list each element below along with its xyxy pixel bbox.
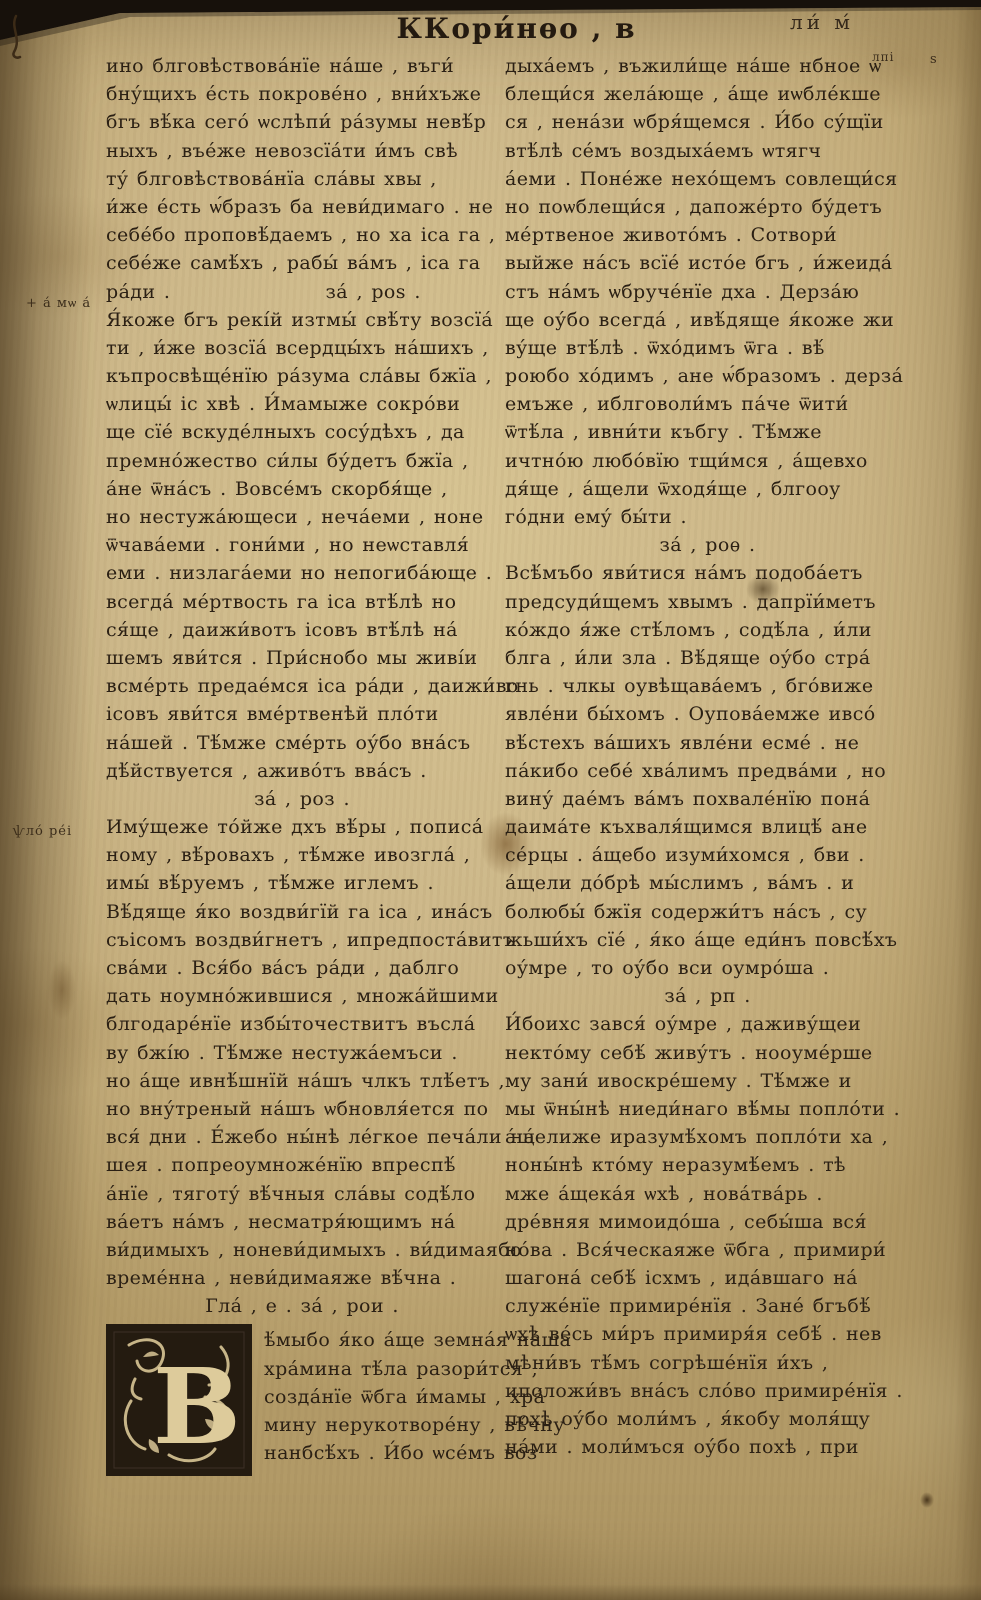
text-line: ѡлицы́ іс хвѣ . И́мамыже сокро́ви <box>106 390 498 418</box>
text-line: дать ноумно́жившися , множа́йшими <box>106 982 498 1010</box>
text-line: вѣ́стехъ ва́шихъ явле́ни есме́ . не <box>505 729 910 757</box>
text-line: Всѣ́мъбо яви́тися на́мъ подоба́етъ <box>505 559 910 587</box>
binding-thread <box>6 12 36 66</box>
text-line: го́дни ему́ бы́ти . <box>505 503 910 531</box>
text-line: ѣ́мыбо я́ко а́ще земна́я на́ша <box>264 1326 499 1354</box>
text-line: жьши́хъ сїе́ , я́ко а́ще еди́нъ повсѣ́хъ <box>505 926 910 954</box>
text-line: и́же е́сть ѡ́бразъ ба неви́димаго . не <box>106 193 498 221</box>
text-line: шагона́ себѣ́ ісхмъ , ида́вшаго на́ <box>505 1264 910 1292</box>
text-line: блгодаре́нїе избы́точествитъ въсла́ <box>106 1010 498 1038</box>
text-line: втѣ́лѣ се́мъ воздыха́емъ ѡтягч <box>505 137 910 165</box>
text-line: имы́ вѣ́руемъ , тѣ́мже иглемъ . <box>106 869 498 897</box>
left-text-column: ино блговѣствова́нїе на́ше , въги́бну́щи… <box>106 52 498 1476</box>
margin-note-psalm-reference: ѱло́ ре́і <box>13 824 72 839</box>
text-line: а́не ѿна́съ . Вовсе́мъ скорбя́ще , <box>106 475 498 503</box>
book-page-scan: ККори́нѳо , в ли́ м́ + а́ мѡ а́ ѱло́ ре́… <box>0 0 981 1600</box>
text-line: ноны́нѣ кто́му неразумѣ́емъ . тѣ <box>505 1151 910 1179</box>
text-line: Вѣ́дяще я́ко воздви́гїй га іса , ина́съ <box>106 898 498 926</box>
text-line: за́ , рп . <box>505 982 910 1010</box>
text-line: блещи́ся жела́юще , а́ще иѡбле́кше <box>505 80 910 108</box>
text-line: бгъ вѣ́ка сего́ ѡслѣпи́ ра́зумы невѣ́р <box>106 108 498 136</box>
text-line: Иму́щеже то́йже дхъ вѣ́ры , пописа́ <box>106 813 498 841</box>
text-line: а́щелиже иразумѣ́хомъ попло́ти ха , <box>505 1123 910 1151</box>
text-line: но а́ще ивнѣ́шнїй на́шъ члкъ тлѣ́етъ , <box>106 1067 498 1095</box>
dropcap-initial-woodcut: В <box>106 1324 252 1476</box>
margin-note-gloss: лпі <box>872 50 894 64</box>
scan-bottom-edge <box>0 1584 981 1600</box>
text-line: дыха́емъ , въжили́ще на́ше нбное ѡ <box>505 52 910 80</box>
scan-right-edge <box>955 0 981 1600</box>
left-column-lines: ино блговѣствова́нїе на́ше , въги́бну́щи… <box>106 52 498 1320</box>
text-line: ся , нена́зи ѡбря́щемся . И́бо су́щїи <box>505 108 910 136</box>
dropcap-lines: ѣ́мыбо я́ко а́ще земна́я на́шахра́мина т… <box>264 1324 499 1476</box>
text-line: гнь . члкы оувѣщава́емъ , бго́виже <box>505 672 910 700</box>
folio-number: ли́ м́ <box>790 10 854 34</box>
text-line: шемъ яви́тся . При́снобо мы живі́и <box>106 644 498 672</box>
text-line: бну́щихъ е́сть покрове́но , вни́хъже <box>106 80 498 108</box>
text-line: ному , вѣ́ровахъ , тѣ́мже ивозгла́ , <box>106 841 498 869</box>
text-line: блга , и́ли зла . Вѣ́дяще оу́бо стра́ <box>505 644 910 672</box>
text-line: но поѡблещи́ся , дапоже́рто бу́детъ <box>505 193 910 221</box>
text-line: некто́му себѣ́ живу́тъ . нооуме́рше <box>505 1039 910 1067</box>
binding-shadow <box>0 0 92 1600</box>
text-line: дре́вняя мимоидо́ша , себы́ша вся́ <box>505 1208 910 1236</box>
text-line: па́кибо себе́ хва́лимъ предва́ми , но <box>505 757 910 785</box>
text-line: И́боихс зався́ оу́мре , даживу́щеи <box>505 1010 910 1038</box>
text-line: мы ѿны́нѣ ниеди́наго вѣ́мы попло́ти . <box>505 1095 910 1123</box>
text-line: му зани́ ивоскре́шему . Тѣ́мже и <box>505 1067 910 1095</box>
text-line: ѿтѣ́ла , ивни́ти къбгу . Тѣ́мже <box>505 418 910 446</box>
text-line: на́ми . моли́мъся оу́бо похѣ , при <box>505 1433 910 1461</box>
text-line: ѡхѣ ве́сь ми́ръ примиря́я себѣ́ . нев <box>505 1320 910 1348</box>
right-column-lines: дыха́емъ , въжили́ще на́ше нбное ѡблещи́… <box>505 52 910 1461</box>
text-line: шея . попреоумноже́нїю впреспѣ́ <box>106 1151 498 1179</box>
text-line: ісовъ яви́тся вме́ртвенѣй пло́ти <box>106 700 498 728</box>
text-line: мѣни́въ тѣ́мъ согрѣше́нїя и́хъ , <box>505 1349 910 1377</box>
text-line: Гла́ , е . за́ , рои . <box>106 1292 498 1320</box>
text-line: себе́бо проповѣ́даемъ , но ха іса га , <box>106 221 498 249</box>
dropcap-letter: В <box>153 1345 241 1468</box>
right-text-column: дыха́емъ , въжили́ще на́ше нбное ѡблещи́… <box>505 52 910 1461</box>
text-line: ту́ блговѣствова́нїа сла́вы хвы , <box>106 165 498 193</box>
text-line: созда́нїе ѿбга и́мамы , хра́ <box>264 1383 499 1411</box>
text-line: хра́мина тѣ́ла разори́тся , <box>264 1355 499 1383</box>
text-line: ва́етъ на́мъ , несматря́ющимъ на́ <box>106 1208 498 1236</box>
text-line: емъже , иблговоли́мъ па́че ѿити́ <box>505 390 910 418</box>
text-line-fragment: ра́ди . <box>106 281 170 303</box>
text-line: всме́рть предае́мся іса ра́ди , даижи́во <box>106 672 498 700</box>
text-line: себе́же самѣ́хъ , рабы́ ва́мъ , іса га <box>106 249 498 277</box>
text-line: Я́коже бгъ рекі́й изтмы́ свѣ́ту возсїа́ <box>106 306 498 334</box>
text-line: всегда́ ме́ртвость га іса втѣ́лѣ но <box>106 588 498 616</box>
margin-note-cross-reference: + а́ мѡ а́ <box>26 295 91 311</box>
text-line: даима́те къхваля́щимся влицѣ́ ане <box>505 813 910 841</box>
text-line: ти , и́же возсїа́ всердцы́хъ на́шихъ , <box>106 334 498 362</box>
text-line: дя́ще , а́щели ѿходя́ще , блгооу <box>505 475 910 503</box>
text-line: ся́ще , даижи́вотъ ісовъ втѣ́лѣ на́ <box>106 616 498 644</box>
text-line: за́ , роз . <box>106 785 498 813</box>
text-line: ныхъ , въе́же невозсїа́ти и́мъ свѣ <box>106 137 498 165</box>
text-line: явле́ни бы́хомъ . Оупова́емже ивсо́ <box>505 700 910 728</box>
text-line: роюбо хо́димъ , ане ѡ́бразомъ . дерза́ <box>505 362 910 390</box>
text-line: време́нна , неви́димаяже вѣ́чна . <box>106 1264 498 1292</box>
text-line: выйже на́съ всїе́ исто́е бгъ , и́жеида́ <box>505 249 910 277</box>
text-line: предсуди́щемъ хвымъ . дапрїи́метъ <box>505 588 910 616</box>
text-line: дѣ́йствуется , аживо́тъ вва́съ . <box>106 757 498 785</box>
text-line: мже а́щека́я ѡхѣ , нова́тва́рь . <box>505 1180 910 1208</box>
text-line: ко́ждо я́же стѣ́ломъ , содѣ́ла , и́ли <box>505 616 910 644</box>
dropcap-paragraph: В ѣ́мыбо я́ко а́ще земна́я на́шахра́мина… <box>106 1324 498 1476</box>
section-heading-inline: за́ , роѕ . <box>326 278 421 306</box>
text-line: се́рцы . а́щебо изуми́хомся , бви . <box>505 841 910 869</box>
text-line: съісомъ воздви́гнетъ , ипредпоста́витъ <box>106 926 498 954</box>
text-line: ву бжі́ю . Тѣ́мже нестужа́емъси . <box>106 1039 498 1067</box>
text-line: ще сїе́ вскуде́лныхъ сосу́дѣхъ , да <box>106 418 498 446</box>
text-line: а́нїе , тяготу́ вѣ́чныя сла́вы содѣ́ло <box>106 1180 498 1208</box>
text-line: вся́ дни . Е́жебо ны́нѣ ле́гкое печа́ли … <box>106 1123 498 1151</box>
text-line: но вну́треный на́шъ ѡбновля́ется по <box>106 1095 498 1123</box>
text-line: на́шей . Тѣ́мже сме́рть оу́бо вна́съ <box>106 729 498 757</box>
text-line: къпросвѣще́нїю ра́зума сла́вы бжїа , <box>106 362 498 390</box>
foxing-spot <box>48 960 76 1020</box>
text-line: сва́ми . Вся́бо ва́съ ра́ди , даблго <box>106 954 498 982</box>
text-line: мину нерукотворе́ну , вѣ́чну <box>264 1411 499 1439</box>
text-line: оу́мре , то оу́бо вси оумро́ша . <box>505 954 910 982</box>
text-line: стъ на́мъ ѡбруче́нїе дха . Дерза́ю <box>505 278 910 306</box>
text-line: ви́димыхъ , ноневи́димыхъ . ви́димаябо <box>106 1236 498 1264</box>
text-line: вину́ дае́мъ ва́мъ похвале́нїю пона́ <box>505 785 910 813</box>
text-line: иположи́въ вна́съ сло́во примире́нїя . <box>505 1377 910 1405</box>
text-line: ме́ртвеное живото́мъ . Сотвори́ <box>505 221 910 249</box>
text-line: премно́жество си́лы бу́детъ бжїа , <box>106 447 498 475</box>
text-line: а́щели до́брѣ мы́слимъ , ва́мъ . и <box>505 869 910 897</box>
ink-speck <box>920 1492 934 1508</box>
text-line: ино блговѣствова́нїе на́ше , въги́ <box>106 52 498 80</box>
text-line: ще оу́бо всегда́ , ивѣ́дяще я́коже жи <box>505 306 910 334</box>
dropcap-ornament: В <box>109 1327 249 1473</box>
text-line: ву́ще втѣ́лѣ . ѿхо́димъ ѿга . вѣ́ <box>505 334 910 362</box>
margin-note-mark: ѕ <box>930 52 938 67</box>
text-line: ѿчава́еми . гони́ми , но неѡставля́ <box>106 531 498 559</box>
text-line: ра́ди .за́ , роѕ . <box>106 278 498 306</box>
text-line: болюбы́ бжїя содержи́тъ на́съ , су <box>505 898 910 926</box>
text-line: за́ , роѳ . <box>505 531 910 559</box>
text-line: похѣ оу́бо моли́мъ , я́кобу моля́щу <box>505 1405 910 1433</box>
text-line: служе́нїе примире́нїя . Зане́ бгъбѣ́ <box>505 1292 910 1320</box>
text-line: но нестужа́ющеси , неча́еми , ноне <box>106 503 498 531</box>
text-line: а́еми . Поне́же нехо́щемъ совлещи́ся <box>505 165 910 193</box>
text-line: еми . низлага́еми но непогиба́юще . <box>106 559 498 587</box>
text-line: ичтно́ю любо́вїю тщи́мся , а́щевхо <box>505 447 910 475</box>
text-line: но́ва . Вся́ческаяже ѿбга , примири́ <box>505 1236 910 1264</box>
text-line: нанбсѣ́хъ . И́бо ѡсе́мъ воз <box>264 1439 499 1467</box>
